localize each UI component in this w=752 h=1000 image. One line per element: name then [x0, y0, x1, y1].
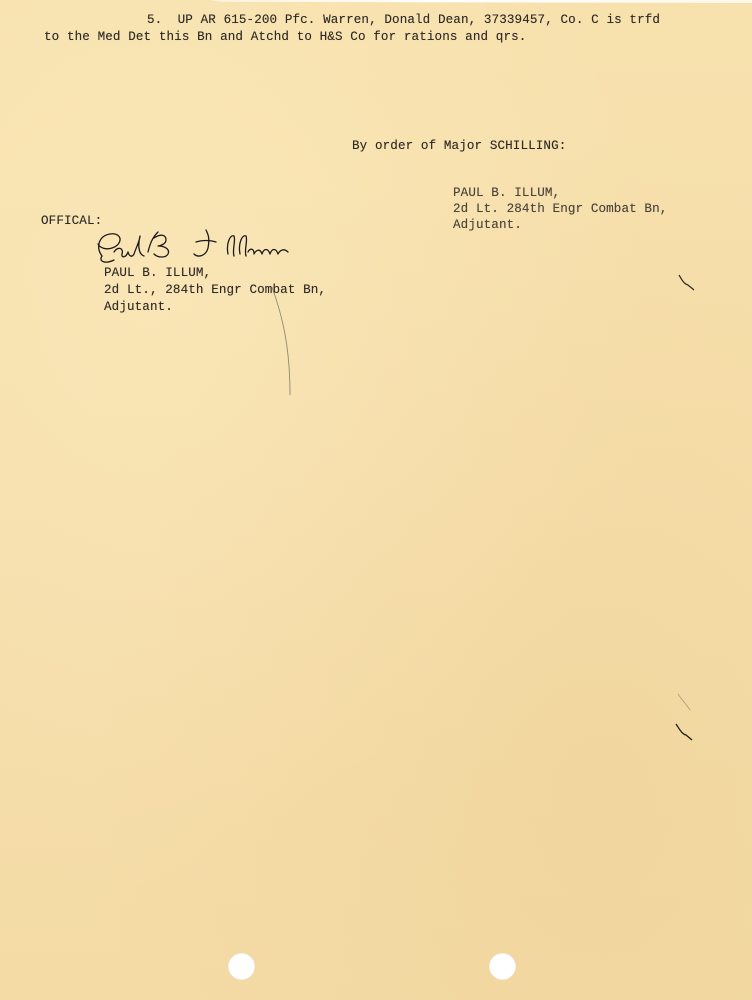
scan-edge: [210, 0, 752, 3]
right-signer-title: Adjutant.: [453, 217, 522, 233]
margin-mark-2: [672, 690, 712, 745]
right-signer-rank-unit: 2d Lt. 284th Engr Combat Bn,: [453, 201, 667, 217]
punch-hole-right: [489, 953, 516, 980]
left-signer-title: Adjutant.: [104, 299, 173, 315]
punch-hole-left: [228, 953, 255, 980]
margin-mark-1: [676, 272, 706, 302]
right-signer-name: PAUL B. ILLUM,: [453, 185, 560, 201]
pencil-mark: [270, 285, 300, 400]
handwritten-signature: [88, 226, 303, 270]
order-line: By order of Major SCHILLING:: [352, 138, 566, 154]
left-signer-name: PAUL B. ILLUM,: [104, 265, 211, 281]
document-page: 5. UP AR 615-200 Pfc. Warren, Donald Dea…: [0, 0, 752, 1000]
paragraph-5-line-2: to the Med Det this Bn and Atchd to H&S …: [44, 29, 526, 45]
paragraph-5-line-1: 5. UP AR 615-200 Pfc. Warren, Donald Dea…: [147, 12, 660, 28]
